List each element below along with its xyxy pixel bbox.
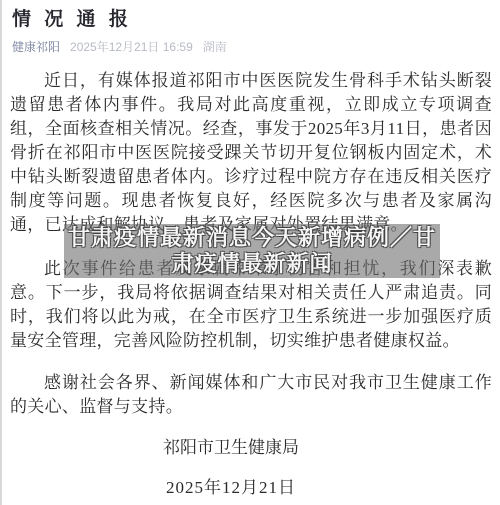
article-meta: 健康祁阳 2025年12月21日 16:59 湖南 [12,39,490,55]
paragraph-incident-summary: 近日，有媒体报道祁阳市中医医院发生骨科手术钻头断裂遗留患者体内事件。我局对此高度… [10,69,492,237]
publish-datetime: 2025年12月21日 16:59 [70,39,193,55]
signature-agency: 祁阳市卫生健康局 [10,436,492,460]
article-header: 情 况 通 报 健康祁阳 2025年12月21日 16:59 湖南 [2,0,500,55]
watermark-text: 甘肃疫情最新消息今天新增病例／甘肃疫情最新新闻 [64,225,440,277]
article-body: 近日，有媒体报道祁阳市中医医院发生骨科手术钻头断裂遗留患者体内事件。我局对此高度… [2,69,500,500]
watermark-overlay: 甘肃疫情最新消息今天新增病例／甘肃疫情最新新闻 [64,224,440,278]
page-title: 情 况 通 报 [12,8,490,32]
publish-location: 湖南 [203,39,227,55]
paragraph-thanks: 感谢社会各界、新闻媒体和广大市民对我市卫生健康工作的关心、监督与支持。 [10,371,492,419]
article-page: 情 况 通 报 健康祁阳 2025年12月21日 16:59 湖南 近日，有媒体… [0,0,500,505]
signature-date: 2025年12月21日 [10,476,492,500]
publisher-name[interactable]: 健康祁阳 [12,39,60,55]
